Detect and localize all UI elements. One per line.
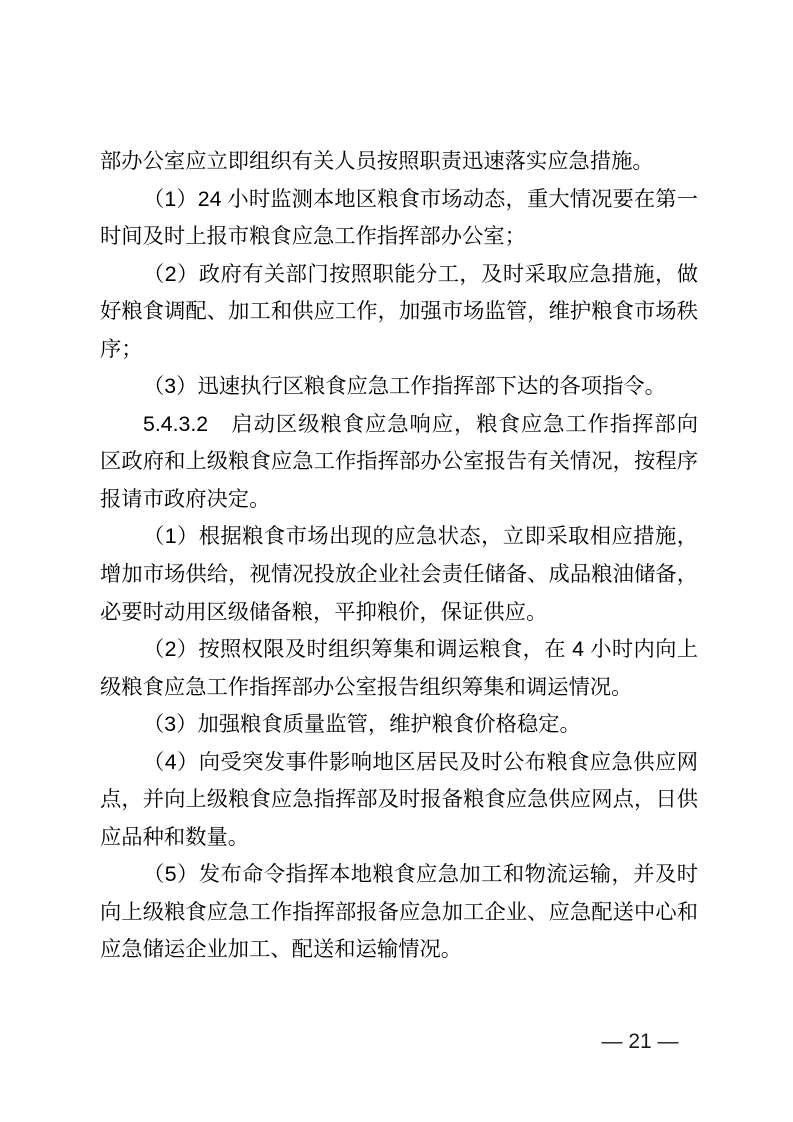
text-line: 应品种和数量。 — [100, 819, 698, 857]
text-line: 好粮食调配、加工和供应工作，加强市场监管，维护粮食市场秩 — [100, 293, 698, 331]
text-line: 点，并向上级粮食应急指挥部及时报备粮食应急供应网点，日供 — [100, 781, 698, 819]
text-line: （2）政府有关部门按照职能分工，及时采取应急措施，做 — [100, 256, 698, 294]
text-line: 部办公室应立即组织有关人员按照职责迅速落实应急措施。 — [100, 143, 698, 181]
page-number: — 21 — — [565, 1030, 715, 1054]
text-line: （1）24 小时监测本地区粮食市场动态，重大情况要在第一 — [100, 181, 698, 219]
text-line: 必要时动用区级储备粮，平抑粮价，保证供应。 — [100, 594, 698, 632]
text-line: 增加市场供给，视情况投放企业社会责任储备、成品粮油储备， — [100, 556, 698, 594]
text-line: 时间及时上报市粮食应急工作指挥部办公室； — [100, 218, 698, 256]
section-heading-line: 5.4.3.2 启动区级粮食应急响应，粮食应急工作指挥部向 — [100, 406, 698, 444]
text-line: 应急储运企业加工、配送和运输情况。 — [100, 931, 698, 969]
text-line: （3）迅速执行区粮食应急工作指挥部下达的各项指令。 — [100, 368, 698, 406]
text-line: （3）加强粮食质量监管，维护粮食价格稳定。 — [100, 706, 698, 744]
text-line: （1）根据粮食市场出现的应急状态，立即采取相应措施， — [100, 518, 698, 556]
text-line: 报请市政府决定。 — [100, 481, 698, 519]
text-line: （4）向受突发事件影响地区居民及时公布粮食应急供应网 — [100, 744, 698, 782]
text-line: 级粮食应急工作指挥部办公室报告组织筹集和调运情况。 — [100, 669, 698, 707]
text-line: 序； — [100, 331, 698, 369]
text-line: 向上级粮食应急工作指挥部报备应急加工企业、应急配送中心和 — [100, 894, 698, 932]
text-line: （5）发布命令指挥本地粮食应急加工和物流运输，并及时 — [100, 856, 698, 894]
page-body: 部办公室应立即组织有关人员按照职责迅速落实应急措施。 （1）24 小时监测本地区… — [100, 143, 698, 969]
text-line: 区政府和上级粮食应急工作指挥部办公室报告有关情况，按程序 — [100, 443, 698, 481]
text-line: （2）按照权限及时组织筹集和调运粮食，在 4 小时内向上 — [100, 631, 698, 669]
document-page: 部办公室应立即组织有关人员按照职责迅速落实应急措施。 （1）24 小时监测本地区… — [0, 0, 793, 1122]
